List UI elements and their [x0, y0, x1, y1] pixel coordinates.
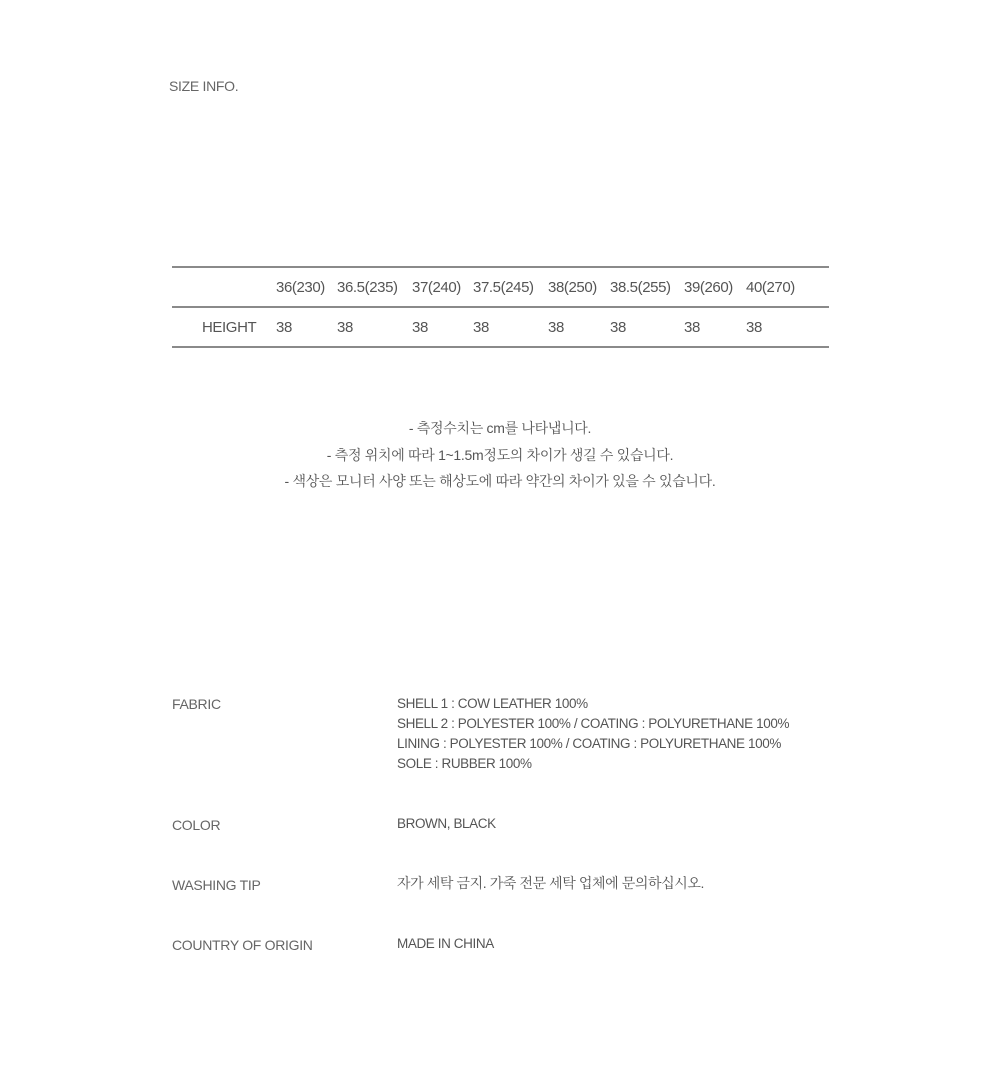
size-table: 36(230) 36.5(235) 37(240) 37.5(245) 38(2…	[172, 266, 829, 348]
table-cell: 38	[684, 319, 700, 336]
measurement-notes: - 측정수치는 cm를 나타냅니다. - 측정 위치에 따라 1~1.5m정도의…	[0, 418, 1000, 498]
spec-label-washing-tip: WASHING TIP	[172, 875, 261, 895]
size-column-header: 37(240)	[412, 279, 461, 296]
size-column-header: 38.5(255)	[610, 279, 671, 296]
fabric-line: SHELL 1 : COW LEATHER 100%	[397, 694, 789, 714]
spec-value-color: BROWN, BLACK	[397, 814, 496, 834]
size-table-header-row: 36(230) 36.5(235) 37(240) 37.5(245) 38(2…	[172, 266, 829, 308]
country-of-origin-value: MADE IN CHINA	[397, 934, 494, 954]
size-table-row-height: HEIGHT 38 38 38 38 38 38 38 38	[172, 308, 829, 348]
table-cell: 38	[473, 319, 489, 336]
table-cell: 38	[548, 319, 564, 336]
spec-value-country-of-origin: MADE IN CHINA	[397, 934, 494, 954]
spec-label-color: COLOR	[172, 815, 220, 835]
note-line: - 측정수치는 cm를 나타냅니다.	[0, 418, 1000, 445]
size-column-header: 36(230)	[276, 279, 325, 296]
fabric-line: SOLE : RUBBER 100%	[397, 754, 789, 774]
note-line: - 색상은 모니터 사양 또는 해상도에 따라 약간의 차이가 있을 수 있습니…	[0, 471, 1000, 498]
table-cell: 38	[610, 319, 626, 336]
fabric-line: LINING : POLYESTER 100% / COATING : POLY…	[397, 734, 789, 754]
row-label-height: HEIGHT	[202, 319, 256, 336]
note-line: - 측정 위치에 따라 1~1.5m정도의 차이가 생길 수 있습니다.	[0, 445, 1000, 472]
table-cell: 38	[412, 319, 428, 336]
table-cell: 38	[276, 319, 292, 336]
size-column-header: 40(270)	[746, 279, 795, 296]
size-column-header: 37.5(245)	[473, 279, 534, 296]
table-cell: 38	[746, 319, 762, 336]
washing-tip-value: 자가 세탁 금지. 가죽 전문 세탁 업체에 문의하십시오.	[397, 873, 704, 893]
size-column-header: 39(260)	[684, 279, 733, 296]
size-info-title: SIZE INFO.	[169, 78, 238, 94]
spec-value-washing-tip: 자가 세탁 금지. 가죽 전문 세탁 업체에 문의하십시오.	[397, 873, 704, 893]
spec-value-fabric: SHELL 1 : COW LEATHER 100% SHELL 2 : POL…	[397, 694, 789, 774]
color-value: BROWN, BLACK	[397, 814, 496, 834]
spec-label-country-of-origin: COUNTRY OF ORIGIN	[172, 935, 313, 955]
spec-label-fabric: FABRIC	[172, 694, 221, 714]
fabric-line: SHELL 2 : POLYESTER 100% / COATING : POL…	[397, 714, 789, 734]
size-column-header: 36.5(235)	[337, 279, 398, 296]
size-column-header: 38(250)	[548, 279, 597, 296]
table-cell: 38	[337, 319, 353, 336]
